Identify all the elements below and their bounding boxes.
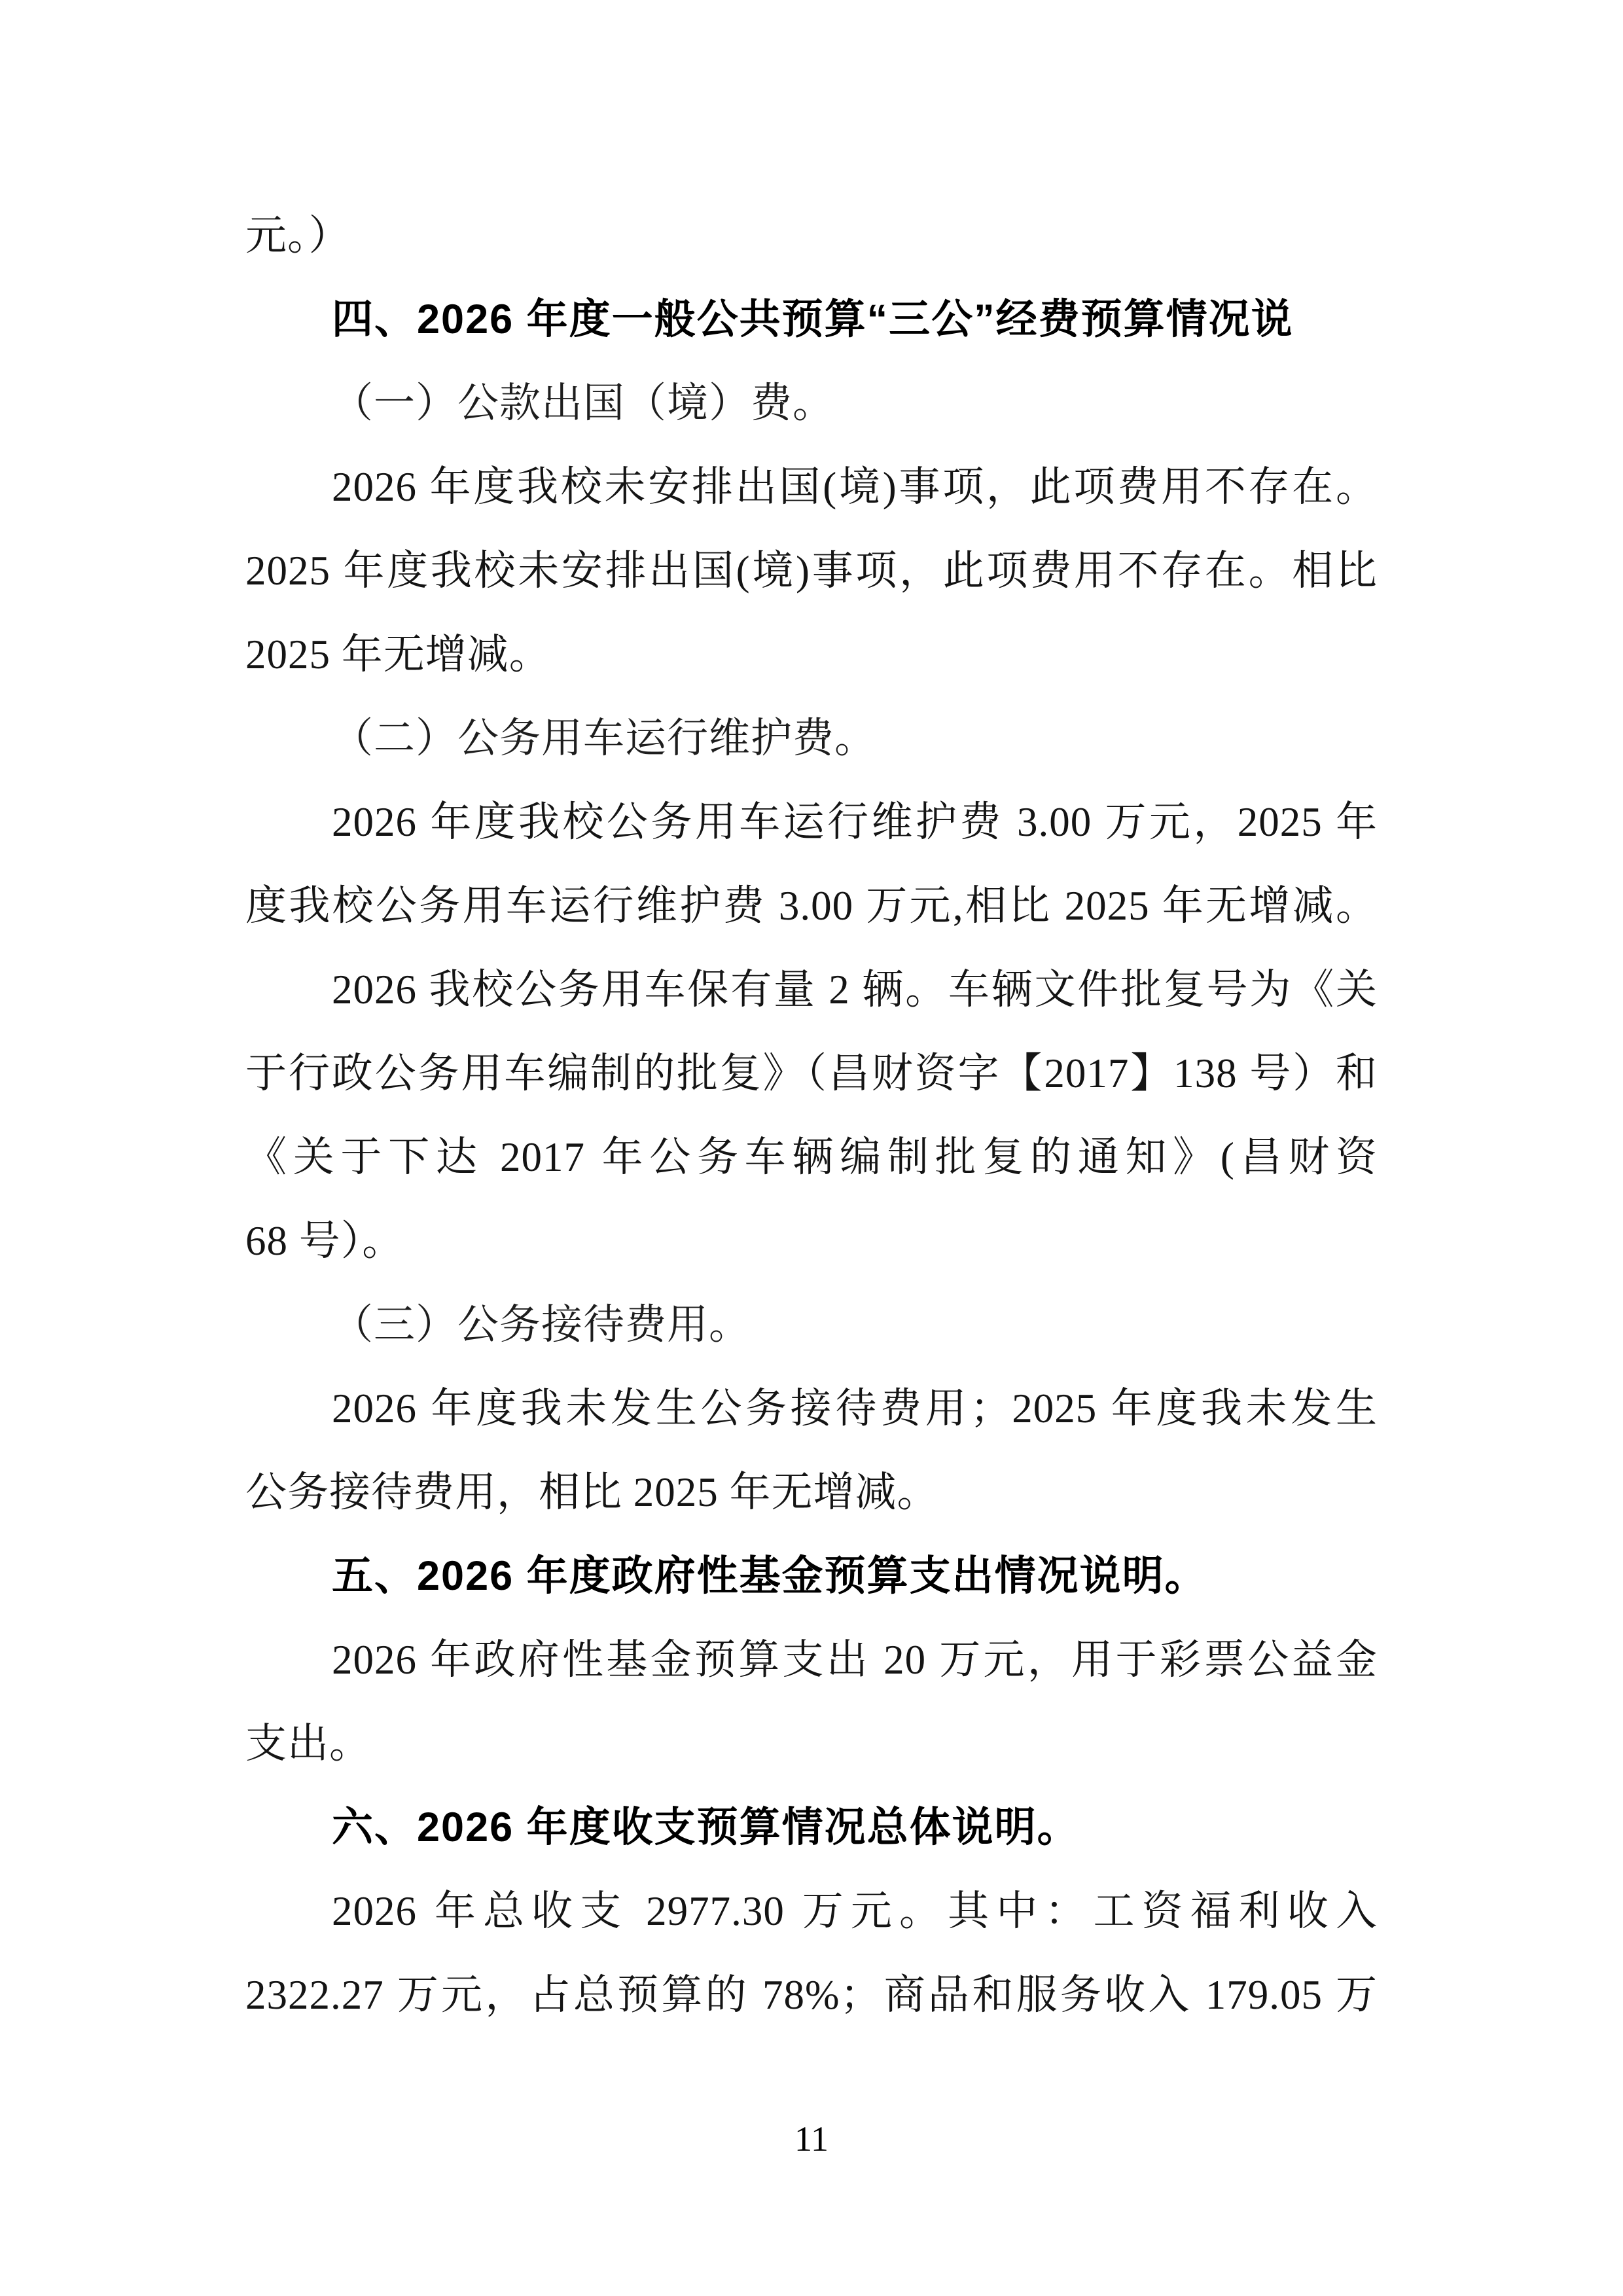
subheading-line: （一）公款出国（境）费。 — [245, 361, 1378, 445]
heading-line: 五、2026 年度政府性基金预算支出情况说明。 — [245, 1534, 1378, 1618]
body-line: 68 号）。 — [245, 1199, 1378, 1283]
body-line: 2025 年度我校未安排出国(境)事项，此项费用不存在。相比 — [245, 529, 1378, 613]
document-body: 元。）四、2026 年度一般公共预算“三公”经费预算情况说明。（一）公款出国（境… — [245, 194, 1378, 2037]
body-line: 2026 年度我校未安排出国(境)事项，此项费用不存在。 — [245, 445, 1378, 529]
body-line: 公务接待费用，相比 2025 年无增减。 — [245, 1450, 1378, 1534]
body-line: 元。） — [245, 194, 1378, 278]
body-line: 2026 我校公务用车保有量 2 辆。车辆文件批复号为《关 — [245, 948, 1378, 1031]
body-line: 2026 年总收支 2977.30 万元。其中：工资福利收入 — [245, 1869, 1378, 1953]
body-line: 2025 年无增减。 — [245, 613, 1378, 696]
body-line: 2026 年度我校公务用车运行维护费 3.00 万元，2025 年 — [245, 780, 1378, 864]
body-line: 度我校公务用车运行维护费 3.00 万元,相比 2025 年无增减。 — [245, 864, 1378, 948]
document-page: 元。）四、2026 年度一般公共预算“三公”经费预算情况说明。（一）公款出国（境… — [0, 0, 1623, 2296]
body-line: 《关于下达 2017 年公务车辆编制批复的通知》(昌财资【2017】 — [245, 1115, 1378, 1199]
body-line: 2026 年政府性基金预算支出 20 万元，用于彩票公益金 — [245, 1618, 1378, 1702]
body-line: 2322.27 万元，占总预算的 78%；商品和服务收入 179.05 万 — [245, 1953, 1378, 2037]
heading-line: 四、2026 年度一般公共预算“三公”经费预算情况说明。 — [245, 278, 1378, 361]
page-number: 11 — [0, 2119, 1623, 2159]
body-line: 于行政公务用车编制的批复》（昌财资字【2017】138 号）和 — [245, 1031, 1378, 1115]
body-line: 2026 年度我未发生公务接待费用；2025 年度我未发生 — [245, 1367, 1378, 1450]
heading-line: 六、2026 年度收支预算情况总体说明。 — [245, 1785, 1378, 1869]
body-line: 支出。 — [245, 1702, 1378, 1785]
subheading-line: （二）公务用车运行维护费。 — [245, 696, 1378, 780]
subheading-line: （三）公务接待费用。 — [245, 1283, 1378, 1367]
